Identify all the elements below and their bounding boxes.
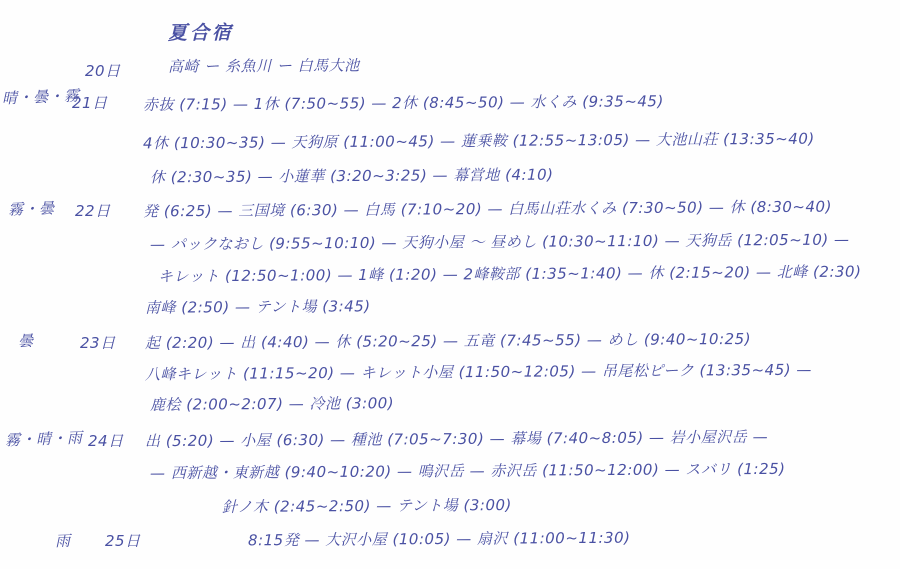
itinerary-line: 鹿桧 (2:00~2:07) — 冷池 (3:00) [150,392,394,415]
itinerary-line: 8:15発 — 大沢小屋 (10:05) — 扇沢 (11:00~11:30) [248,527,631,551]
date-label: 24日 [88,430,124,451]
itinerary-line: 休 (2:30~35) — 小蓮華 (3:20~3:25) — 幕営地 (4:1… [150,164,554,188]
itinerary-line: — 西新越・東新越 (9:40~10:20) — 鳴沢岳 — 赤沢岳 (11:5… [150,458,786,483]
itinerary-line: 出 (5:20) — 小屋 (6:30) — 種池 (7:05~7:30) — … [145,426,768,451]
weather-note: 霧・晴・雨 [5,427,83,451]
itinerary-line: 高崎 ー 糸魚川 ー 白馬大池 [168,54,360,76]
itinerary-line: 南峰 (2:50) — テント場 (3:45) [145,295,371,318]
weather-note: 霧・曇 [8,197,55,220]
weather-note: 晴・曇・霧 [2,85,80,109]
weather-note: 雨 [55,530,71,552]
date-label: 22日 [75,200,111,221]
page-title: 夏合宿 [168,18,234,45]
itinerary-line: キレット (12:50~1:00) — 1峰 (1:20) — 2峰鞍部 (1:… [158,261,862,287]
itinerary-line: 赤抜 (7:15) — 1休 (7:50~55) — 2休 (8:45~50) … [143,90,664,115]
date-label: 21日 [72,92,108,113]
weather-note: 曇 [18,330,34,352]
date-label: 20日 [85,60,121,81]
itinerary-line: 針ノ木 (2:45~2:50) — テント場 (3:00) [222,494,512,517]
itinerary-line: 起 (2:20) — 出 (4:40) — 休 (5:20~25) — 五竜 (… [145,328,751,353]
date-label: 23日 [80,332,116,353]
itinerary-line: 八峰キレット (11:15~20) — キレット小屋 (11:50~12:05)… [145,359,812,385]
itinerary-line: 発 (6:25) — 三国境 (6:30) — 白馬 (7:10~20) — 白… [143,196,832,222]
date-label: 25日 [105,530,141,551]
itinerary-line: — パックなおし (9:55~10:10) — 天狗小屋 ～ 昼めし (10:3… [150,229,850,255]
itinerary-line: 4休 (10:30~35) — 天狗原 (11:00~45) — 蓮乗鞍 (12… [143,128,815,154]
handwritten-note-page: 夏合宿 20日 高崎 ー 糸魚川 ー 白馬大池 晴・曇・霧 21日 赤抜 (7:… [0,0,900,569]
